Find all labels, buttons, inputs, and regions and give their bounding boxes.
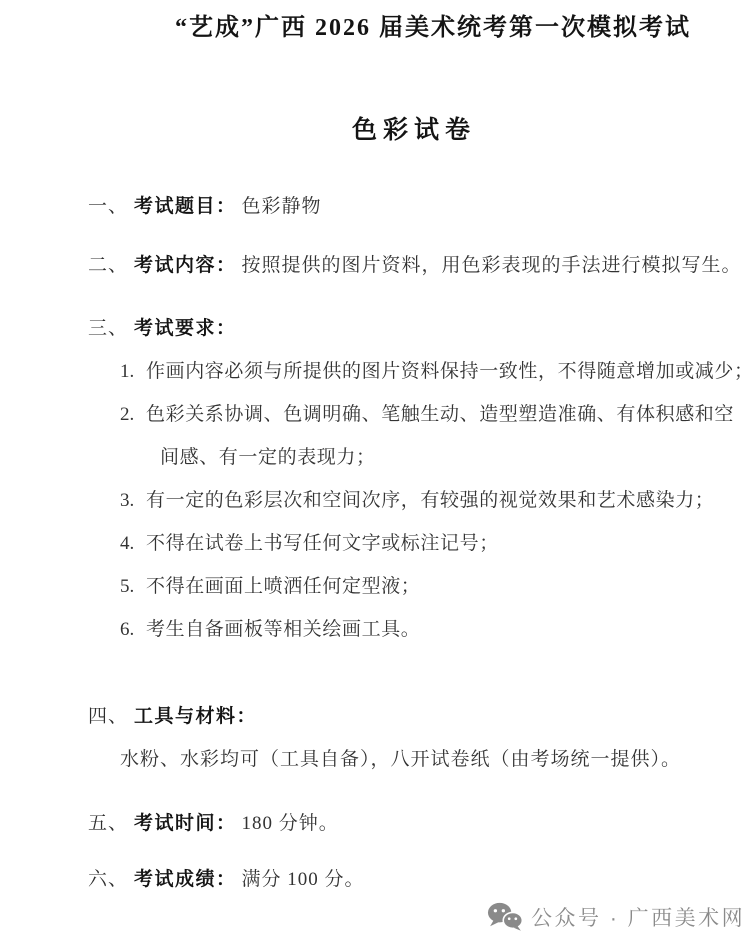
exam-paper-page: “艺成”广西 2026 届美术统考第一次模拟考试 色彩试卷 一、考试题目：色彩静… [0,0,744,952]
section-body: 色彩静物 [242,196,322,217]
document-title: “艺成”广西 2026 届美术统考第一次模拟考试 [122,12,744,44]
section-body: 满分 100 分。 [242,869,365,890]
requirement-text: 不得在画面上喷洒任何定型液； [146,576,420,597]
section-body: 水粉、水彩均可（工具自备），八开试卷纸（由考场统一提供）。 [120,749,681,770]
requirement-text: 有一定的色彩层次和空间次序，有较强的视觉效果和艺术感染力； [146,490,714,511]
section-tools-materials: 四、工具与材料： [88,704,262,730]
requirement-item-2: 2.色彩关系协调、色调明确、笔触生动、造型塑造准确、有体积感和空 [120,402,734,428]
requirement-item-3: 3.有一定的色彩层次和空间次序，有较强的视觉效果和艺术感染力； [120,488,714,514]
footer-text: 公众号 · 广西美术网 [531,902,744,932]
section-exam-duration: 五、考试时间：180 分钟。 [88,811,339,837]
section-label: 工具与材料： [134,706,257,727]
section-label: 考试内容： [134,255,237,276]
requirement-text: 间感、有一定的表现力； [160,447,376,468]
requirement-item-2-continuation: 间感、有一定的表现力； [160,445,376,471]
requirement-text: 作画内容必须与所提供的图片资料保持一致性，不得随意增加或减少； [146,361,744,382]
section-exam-content: 二、考试内容：按照提供的图片资料，用色彩表现的手法进行模拟写生。 [88,253,742,279]
footer-watermark: 公众号 · 广西美术网 [487,901,744,932]
section-body: 180 分钟。 [242,813,339,834]
requirement-text: 考生自备画板等相关绘画工具。 [146,619,420,640]
requirement-number: 2. [120,402,146,428]
section-exam-score: 六、考试成绩：满分 100 分。 [88,867,365,893]
section-body: 按照提供的图片资料，用色彩表现的手法进行模拟写生。 [242,255,742,276]
section-label: 考试要求： [134,318,237,339]
requirement-number: 4. [120,531,146,557]
section-number: 二、 [88,255,128,276]
requirement-text: 不得在试卷上书写任何文字或标注记号； [146,533,499,554]
section-number: 三、 [88,318,128,339]
requirement-item-5: 5.不得在画面上喷洒任何定型液； [120,574,420,600]
section-number: 五、 [88,813,128,834]
requirement-text: 色彩关系协调、色调明确、笔触生动、造型塑造准确、有体积感和空 [146,404,734,425]
document-subtitle: 色彩试卷 [84,114,744,148]
requirement-item-6: 6.考生自备画板等相关绘画工具。 [120,617,420,643]
wechat-icon [487,901,523,932]
section-number: 四、 [88,706,128,727]
section-label: 考试成绩： [134,869,237,890]
requirement-number: 3. [120,488,146,514]
requirement-number: 5. [120,574,146,600]
section-number: 一、 [88,196,128,217]
section-label: 考试时间： [134,813,237,834]
requirement-item-4: 4.不得在试卷上书写任何文字或标注记号； [120,531,499,557]
requirement-number: 1. [120,359,146,385]
section-label: 考试题目： [134,196,237,217]
section-number: 六、 [88,869,128,890]
section-exam-requirements: 三、考试要求： [88,316,242,342]
tools-materials-text: 水粉、水彩均可（工具自备），八开试卷纸（由考场统一提供）。 [120,747,681,773]
section-exam-topic: 一、考试题目：色彩静物 [88,194,322,220]
requirement-item-1: 1.作画内容必须与所提供的图片资料保持一致性，不得随意增加或减少； [120,359,744,385]
requirement-number: 6. [120,617,146,643]
